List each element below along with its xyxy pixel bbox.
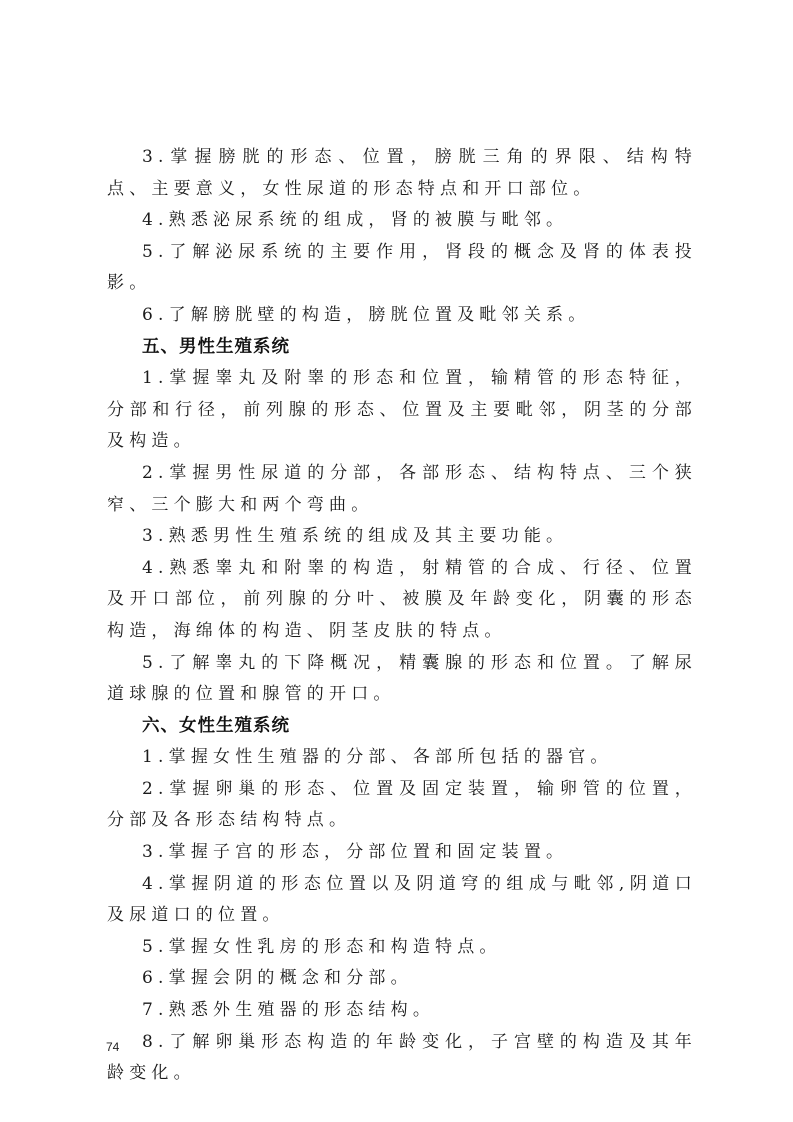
list-item: 3.熟悉男性生殖系统的组成及其主要功能。 <box>107 521 697 553</box>
list-item: 5.了解睾丸的下降概况，精囊腺的形态和位置。了解尿道球腺的位置和腺管的开口。 <box>107 648 697 711</box>
list-item-bladder-wall: 6.了解膀胱壁的构造，膀胱位置及毗邻关系。 <box>107 300 697 332</box>
list-item: 1.掌握睾丸及附睾的形态和位置，输精管的形态特征，分部和行径，前列腺的形态、位置… <box>107 363 697 458</box>
list-item: 6.掌握会阴的概念和分部。 <box>107 963 697 995</box>
list-item: 5.掌握女性乳房的形态和构造特点。 <box>107 932 697 964</box>
document-page: 3.掌握膀胱的形态、位置，膀胱三角的界限、结构特点、主要意义，女性尿道的形态特点… <box>0 0 793 1122</box>
page-number: 74 <box>106 1040 119 1054</box>
section-heading-male-reproductive: 五、男性生殖系统 <box>107 332 697 364</box>
list-item: 7.熟悉外生殖器的形态结构。 <box>107 995 697 1027</box>
list-item: 2.掌握男性尿道的分部，各部形态、结构特点、三个狭窄、三个膨大和两个弯曲。 <box>107 458 697 521</box>
section-heading-female-reproductive: 六、女性生殖系统 <box>107 711 697 743</box>
list-item: 3.掌握子宫的形态，分部位置和固定装置。 <box>107 837 697 869</box>
list-item: 1.掌握女性生殖器的分部、各部所包括的器官。 <box>107 742 697 774</box>
list-item-urinary-function: 5.了解泌尿系统的主要作用，肾段的概念及肾的体表投影。 <box>107 237 697 300</box>
list-item: 4.掌握阴道的形态位置以及阴道穹的组成与毗邻,阴道口及尿道口的位置。 <box>107 869 697 932</box>
list-item: 4.熟悉睾丸和附睾的构造，射精管的合成、行径、位置及开口部位，前列腺的分叶、被膜… <box>107 553 697 648</box>
list-item-bladder: 3.掌握膀胱的形态、位置，膀胱三角的界限、结构特点、主要意义，女性尿道的形态特点… <box>107 142 697 205</box>
page-body: 3.掌握膀胱的形态、位置，膀胱三角的界限、结构特点、主要意义，女性尿道的形态特点… <box>107 142 697 1090</box>
list-item-urinary-composition: 4.熟悉泌尿系统的组成，肾的被膜与毗邻。 <box>107 205 697 237</box>
list-item: 8.了解卵巢形态构造的年龄变化，子宫壁的构造及其年龄变化。 <box>107 1027 697 1090</box>
list-item: 2.掌握卵巢的形态、位置及固定装置，输卵管的位置，分部及各形态结构特点。 <box>107 774 697 837</box>
